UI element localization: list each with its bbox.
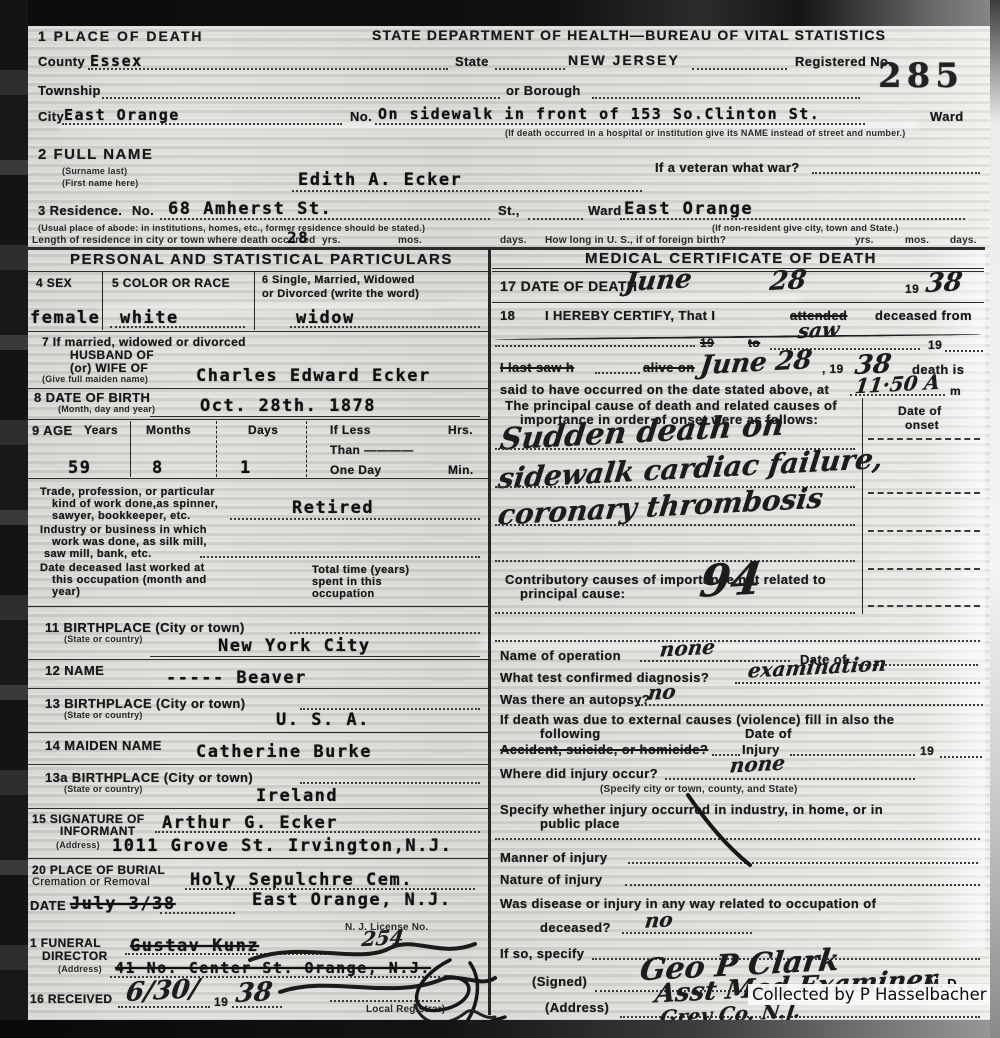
state-label: State	[455, 54, 489, 69]
line19a: 19	[700, 336, 714, 350]
where-injury-label: Where did injury occur?	[500, 766, 658, 781]
age-years-label: Years	[84, 423, 118, 437]
howlong-label: How long in U. S., if of foreign birth?	[545, 235, 726, 246]
veteran-label: If a veteran what war?	[655, 160, 800, 175]
dotted-line	[850, 394, 945, 396]
ifless-label-1: If Less	[330, 423, 371, 437]
certify-num: 18	[500, 308, 515, 323]
full-name-label: 2 FULL NAME	[38, 146, 153, 163]
dotted-line	[88, 68, 448, 70]
received-date-handwritten: 6/30/	[124, 974, 201, 1008]
lastworked-label-3: year)	[52, 586, 80, 598]
ifso-label: If so, specify	[500, 946, 584, 961]
line	[28, 764, 488, 765]
lastworked-label-2: this occupation (month and	[52, 574, 207, 586]
contributory-label-1: Contributory causes of importance not re…	[505, 572, 826, 587]
spouse-label-2: HUSBAND OF	[70, 348, 154, 362]
industry-label-3: saw mill, bank, etc.	[44, 548, 152, 560]
days-label: days.	[500, 235, 527, 246]
line	[28, 808, 488, 809]
line	[28, 688, 488, 689]
line	[150, 416, 480, 417]
street-no-value: On sidewalk in front of 153 So.Clinton S…	[378, 105, 820, 123]
residence-ward-label: Ward	[588, 203, 622, 218]
line19b: 19	[928, 338, 942, 352]
dashed-line	[868, 492, 980, 494]
cell-divider	[130, 421, 131, 477]
received-19-label: 19	[214, 995, 228, 1009]
days2-label: days.	[950, 235, 977, 246]
nonresident-note: (If non-resident give city, town and Sta…	[712, 223, 899, 233]
department-title: STATE DEPARTMENT OF HEALTH—BUREAU OF VIT…	[372, 27, 886, 43]
dotted-line	[290, 632, 480, 634]
ward-label: Ward	[930, 109, 964, 124]
dotted-line	[625, 884, 980, 886]
father-birthplace-label: 13 BIRTHPLACE (City or town)	[45, 696, 245, 711]
line	[28, 388, 488, 389]
dotted-line	[665, 778, 915, 780]
dotted-line	[495, 640, 980, 642]
diagonal-stroke-scrawl	[680, 790, 760, 870]
cell-divider	[216, 421, 217, 477]
industry-label-1: Industry or business in which	[40, 524, 207, 536]
dotted-line	[300, 782, 480, 784]
dotted-line	[495, 524, 855, 526]
dotted-line	[592, 97, 860, 99]
mos-label: mos.	[398, 235, 422, 246]
line	[492, 268, 984, 269]
dotted-line	[290, 326, 480, 328]
father-birthplace-value: U. S. A.	[276, 710, 370, 730]
cause-label-1: The principal cause of death and related…	[505, 398, 837, 413]
funeral-director-label-1: 1 FUNERAL	[30, 936, 101, 950]
dotted-line	[495, 68, 565, 70]
burial-value: Holy Sepulchre Cem.	[190, 870, 413, 890]
age-months-value: 8	[152, 458, 164, 478]
received-label: 16 RECEIVED	[30, 992, 112, 1006]
trade-value: Retired	[292, 498, 374, 518]
abode-note: (Usual place of abode: in institutions, …	[38, 223, 425, 233]
spouse-label-3: (or) WIFE OF	[70, 361, 148, 375]
cell-divider	[306, 421, 307, 477]
line	[28, 732, 488, 733]
autopsy-label: Was there an autopsy?	[500, 692, 650, 707]
test-label: What test confirmed diagnosis?	[500, 670, 709, 685]
nature-injury-label: Nature of injury	[500, 872, 602, 887]
related-handwritten: no	[644, 907, 675, 933]
dob-note: (Month, day and year)	[58, 404, 155, 414]
dashed-line	[868, 530, 980, 532]
dotted-line	[102, 97, 500, 99]
lastsaw-struck-1: I last saw h	[500, 360, 574, 375]
dotted-line	[110, 326, 245, 328]
certify-label-post: deceased from	[875, 308, 972, 323]
mother-birthplace-value: Ireland	[256, 786, 338, 806]
dotted-line	[292, 190, 642, 192]
marital-label-1: 6 Single, Married, Widowed	[262, 274, 415, 286]
county-label: County	[38, 54, 85, 69]
birthplace-label: 11 BIRTHPLACE (City or town)	[45, 620, 245, 635]
death-19-label: 19	[905, 282, 919, 296]
dotted-line	[62, 123, 342, 125]
mos2-label: mos.	[905, 235, 929, 246]
trade-label-1: Trade, profession, or particular	[40, 486, 215, 498]
certify-label-pre: I HEREBY CERTIFY, That I	[545, 308, 715, 323]
length-residence-value: 28	[287, 228, 309, 247]
operation-label: Name of operation	[500, 648, 621, 663]
burial-date-label: DATE	[30, 898, 66, 913]
state-value: NEW JERSEY	[568, 52, 680, 68]
residence-ward-value: East Orange	[624, 199, 753, 219]
film-edge-right	[990, 0, 1000, 1038]
burial-label-1: 20 PLACE OF BURIAL	[32, 863, 165, 877]
township-label: Township	[38, 83, 101, 98]
dotted-line	[495, 345, 695, 347]
line	[28, 478, 488, 479]
date-of-death-label: 17 DATE OF DEATH	[500, 278, 637, 294]
lastworked-label-1: Date deceased last worked at	[40, 562, 205, 574]
father-name-value: ----- Beaver	[166, 668, 307, 688]
death-month-handwritten: June	[623, 264, 693, 298]
certify-handwritten-word: saw	[797, 317, 841, 343]
dotted-line	[790, 754, 915, 756]
maiden-name-value: Catherine Burke	[196, 742, 372, 762]
line	[492, 271, 984, 272]
dotted-line	[160, 218, 490, 220]
column-divider	[488, 247, 491, 1015]
dashed-line	[868, 438, 980, 440]
father-birthplace-note: (State or country)	[64, 710, 143, 720]
length-residence-label: Length of residence in city or town wher…	[32, 235, 315, 246]
funeral-director-label-2: DIRECTOR	[42, 949, 108, 963]
min-label: Min.	[448, 463, 474, 477]
spouse-value: Charles Edward Ecker	[196, 366, 431, 386]
occurred-label: said to have occurred on the date stated…	[500, 382, 829, 397]
surname-note: (Surname last)	[62, 166, 127, 176]
signed-label: (Signed)	[532, 974, 587, 989]
cell-divider	[254, 272, 255, 330]
yrs-label: yrs.	[322, 235, 341, 246]
injury-19-label: 19	[920, 744, 934, 758]
age-label: 9 AGE	[32, 423, 73, 438]
informant-address-value: 1011 Grove St. Irvington,N.J.	[112, 836, 452, 856]
maiden-name-label: 14 MAIDEN NAME	[45, 738, 162, 753]
line	[28, 271, 488, 272]
burial-value-2: East Orange, N.J.	[252, 890, 452, 910]
lastsaw-date-handwritten: June 28	[698, 345, 813, 381]
dotted-line	[812, 172, 980, 174]
spouse-label-4: (Give full maiden name)	[42, 374, 148, 384]
autopsy-handwritten: no	[647, 679, 678, 705]
dotted-line	[622, 932, 752, 934]
totaltime-label-2: spent in this	[312, 576, 382, 588]
ifless-label-3: One Day	[330, 463, 382, 477]
informant-address-label: (Address)	[56, 840, 100, 850]
burial-label-2: Cremation or Removal	[32, 876, 150, 888]
external-label-1: If death was due to external causes (vio…	[500, 712, 894, 727]
mother-birthplace-label: 13a BIRTHPLACE (City or town)	[45, 770, 253, 785]
director-address-label: (Address)	[58, 964, 102, 974]
line	[150, 656, 480, 657]
line	[28, 858, 488, 859]
dotted-line	[495, 560, 855, 562]
operation-handwritten: none	[659, 634, 717, 661]
yrs2-label: yrs.	[855, 235, 874, 246]
line	[28, 331, 488, 332]
dotted-line	[528, 218, 583, 220]
contributory-label-2: principal cause:	[520, 586, 625, 601]
birthplace-value: New York City	[218, 636, 371, 656]
marital-value: widow	[296, 308, 355, 328]
medical-title: MEDICAL CERTIFICATE OF DEATH	[585, 250, 877, 267]
dotted-line	[620, 218, 965, 220]
dotted-line	[375, 123, 865, 125]
registered-no-value: 285	[878, 56, 964, 96]
sex-value: female	[30, 308, 100, 328]
dob-label: 8 DATE OF BIRTH	[34, 390, 150, 405]
dotted-line	[735, 682, 980, 684]
dotted-line	[638, 704, 983, 706]
contributory-handwritten: 94	[697, 553, 764, 608]
lastsaw-19-label: , 19	[822, 362, 844, 376]
burial-date-value: July 3/38	[70, 894, 176, 914]
race-label: 5 COLOR OR RACE	[112, 276, 230, 290]
dotted-line	[940, 756, 982, 758]
dotted-line	[495, 612, 855, 614]
accident-struck-label: Accident, suicide, or homicide?	[500, 742, 708, 757]
dotted-line	[595, 372, 640, 374]
death-day-handwritten: 28	[768, 265, 808, 297]
specify-label-2: public place	[540, 816, 620, 831]
signed-address-label: (Address)	[545, 1000, 609, 1015]
occurred-m-label: m	[950, 384, 961, 398]
onset-label-2: onset	[905, 418, 939, 432]
first-name-note: (First name here)	[62, 178, 138, 188]
line	[492, 302, 984, 303]
dob-value: Oct. 28th. 1878	[200, 396, 376, 416]
or-borough-label: or Borough	[506, 83, 581, 98]
birthplace-note: (State or country)	[64, 634, 143, 644]
dotted-line	[692, 68, 787, 70]
hospital-note: (If death occurred in a hospital or inst…	[505, 128, 905, 138]
dashed-line	[868, 605, 980, 607]
residence-value: 68 Amherst St.	[168, 199, 332, 219]
dotted-line	[155, 831, 480, 833]
age-years-value: 59	[68, 458, 91, 478]
trade-label-2: kind of work done,as spinner,	[52, 498, 218, 510]
related-label-1: Was disease or injury in any way related…	[500, 896, 876, 911]
race-value: white	[120, 308, 179, 328]
street-no-label: No.	[350, 109, 372, 124]
dotted-line	[118, 1006, 210, 1008]
place-of-death-label: 1 PLACE OF DEATH	[38, 28, 204, 44]
hrs-label: Hrs.	[448, 423, 473, 437]
father-name-label: 12 NAME	[45, 663, 104, 678]
dotted-line	[160, 912, 235, 914]
cell-divider	[102, 272, 103, 330]
totaltime-label-1: Total time (years)	[312, 564, 409, 576]
informant-value: Arthur G. Ecker	[162, 813, 338, 833]
residence-label: 3 Residence.	[38, 203, 122, 218]
age-days-label: Days	[248, 423, 278, 437]
lastsaw-struck-2: alive on	[643, 360, 695, 375]
related-label-2: deceased?	[540, 920, 611, 935]
where-injury-handwritten: none	[729, 750, 787, 777]
full-name-value: Edith A. Ecker	[298, 170, 462, 190]
death-certificate-scan: 1 PLACE OF DEATH STATE DEPARTMENT OF HEA…	[0, 0, 1000, 1038]
film-edge-top	[0, 0, 1000, 26]
age-days-value: 1	[240, 458, 252, 478]
trade-label-3: sawyer, bookkeeper, etc.	[52, 510, 191, 522]
marital-label-2: or Divorced (write the word)	[262, 288, 419, 300]
city-value: East Orange	[64, 106, 180, 124]
dotted-line	[230, 518, 480, 520]
manner-injury-label: Manner of injury	[500, 850, 608, 865]
spouse-label-1: 7 If married, widowed or divorced	[42, 335, 246, 349]
line	[28, 659, 488, 660]
sex-label: 4 SEX	[36, 276, 72, 290]
industry-label-2: work was done, as silk mill,	[52, 536, 207, 548]
ifless-label-2: Than ————	[330, 443, 414, 457]
collector-watermark: Collected by P Hasselbacher 2008	[748, 984, 1000, 1005]
line	[28, 606, 488, 607]
dashed-line	[868, 568, 980, 570]
totaltime-label-3: occupation	[312, 588, 375, 600]
personal-title: PERSONAL AND STATISTICAL PARTICULARS	[70, 251, 453, 268]
age-months-label: Months	[146, 423, 191, 437]
film-edge-bottom	[0, 1020, 1000, 1038]
external-dateof-label: Date of	[745, 726, 792, 741]
external-label-2: following	[540, 726, 601, 741]
city-label: City	[38, 109, 64, 124]
onset-box-divider	[862, 398, 863, 614]
line	[28, 419, 488, 420]
residence-st-label: St.,	[498, 203, 520, 218]
mother-birthplace-note: (State or country)	[64, 784, 143, 794]
film-edge-left	[0, 0, 28, 1038]
onset-label-1: Date of	[898, 404, 941, 418]
dotted-line	[200, 556, 480, 558]
residence-no-label: No.	[132, 203, 154, 218]
dotted-line	[945, 350, 983, 352]
death-year-handwritten: 38	[924, 267, 964, 299]
